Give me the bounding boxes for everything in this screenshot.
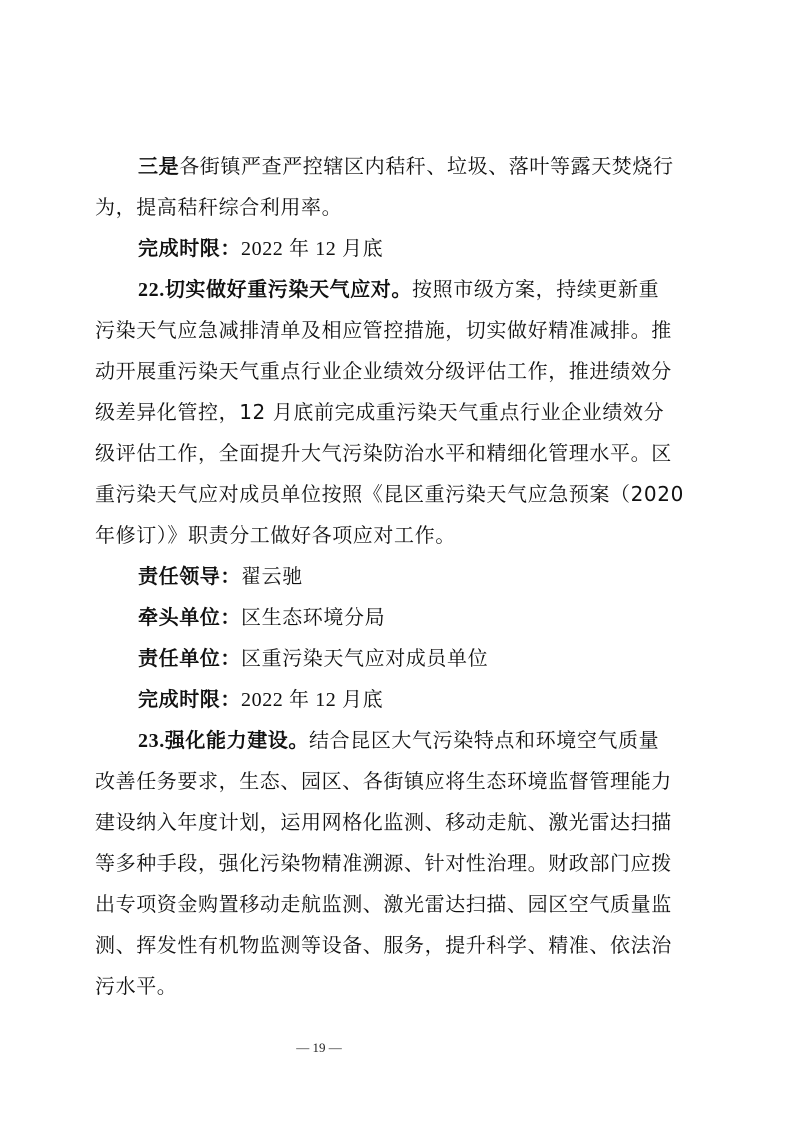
paragraph-lead: 三是 bbox=[138, 154, 179, 178]
responsible-unit-row: 责任单位：区重污染天气应对成员单位 bbox=[95, 638, 698, 679]
deadline-label: 完成时限： bbox=[138, 236, 241, 260]
field-label: 完成时限： bbox=[138, 687, 241, 711]
field-label: 牵头单位： bbox=[138, 605, 241, 629]
item-23-line: 等多种手段，强化污染物精准溯源、针对性治理。财政部门应拨 bbox=[95, 843, 698, 884]
item-number: 22. bbox=[138, 279, 165, 301]
item-title: 切实做好重污染天气应对。 bbox=[165, 277, 412, 301]
item-22-line: 级评估工作，全面提升大气污染防治水平和精细化管理水平。区 bbox=[95, 433, 698, 474]
paragraph-three-line-2: 为，提高秸秆综合利用率。 bbox=[95, 187, 698, 228]
item-title: 强化能力建设。 bbox=[165, 728, 309, 752]
field-value: 区重污染天气应对成员单位 bbox=[241, 646, 488, 670]
item-23-line: 建设纳入年度计划，运用网格化监测、移动走航、激光雷达扫描 bbox=[95, 802, 698, 843]
item-22-line: 年修订）》职责分工做好各项应对工作。 bbox=[95, 515, 698, 556]
field-label: 责任领导： bbox=[138, 564, 241, 588]
lead-unit-row: 牵头单位：区生态环境分局 bbox=[95, 597, 698, 638]
page-number: — 19 — bbox=[0, 1040, 638, 1056]
responsible-leader-row: 责任领导：翟云驰 bbox=[95, 556, 698, 597]
deadline-row: 完成时限：2022 年 12 月底 bbox=[95, 679, 698, 720]
paragraph-three-line-1: 三是各街镇严查严控辖区内秸秆、垃圾、落叶等露天焚烧行 bbox=[95, 146, 698, 187]
item-23-heading: 23.强化能力建设。结合昆区大气污染特点和环境空气质量 bbox=[95, 720, 698, 761]
field-value: 2022 年 12 月底 bbox=[241, 689, 383, 711]
item-22-heading: 22.切实做好重污染天气应对。按照市级方案，持续更新重 bbox=[95, 269, 698, 310]
item-22-line: 重污染天气应对成员单位按照《昆区重污染天气应急预案（2020 bbox=[95, 474, 698, 515]
field-value: 翟云驰 bbox=[241, 564, 303, 588]
item-23-line: 测、挥发性有机物监测等设备、服务，提升科学、精准、依法治 bbox=[95, 925, 698, 966]
field-label: 责任单位： bbox=[138, 646, 241, 670]
item-number: 23. bbox=[138, 730, 165, 752]
item-23-line: 出专项资金购置移动走航监测、激光雷达扫描、园区空气质量监 bbox=[95, 884, 698, 925]
deadline-row: 完成时限：2022 年 12 月底 bbox=[95, 228, 698, 269]
item-22-line: 动开展重污染天气重点行业企业绩效分级评估工作，推进绩效分 bbox=[95, 351, 698, 392]
item-23-line: 污水平。 bbox=[95, 966, 698, 1007]
field-value: 区生态环境分局 bbox=[241, 605, 385, 629]
deadline-value: 2022 年 12 月底 bbox=[241, 238, 383, 260]
item-22-line: 级差异化管控，12 月底前完成重污染天气重点行业企业绩效分 bbox=[95, 392, 698, 433]
document-page: 三是各街镇严查严控辖区内秸秆、垃圾、落叶等露天焚烧行 为，提高秸秆综合利用率。 … bbox=[95, 146, 698, 1007]
item-23-line: 改善任务要求，生态、园区、各街镇应将生态环境监督管理能力 bbox=[95, 761, 698, 802]
item-22-line: 污染天气应急减排清单及相应管控措施，切实做好精准减排。推 bbox=[95, 310, 698, 351]
